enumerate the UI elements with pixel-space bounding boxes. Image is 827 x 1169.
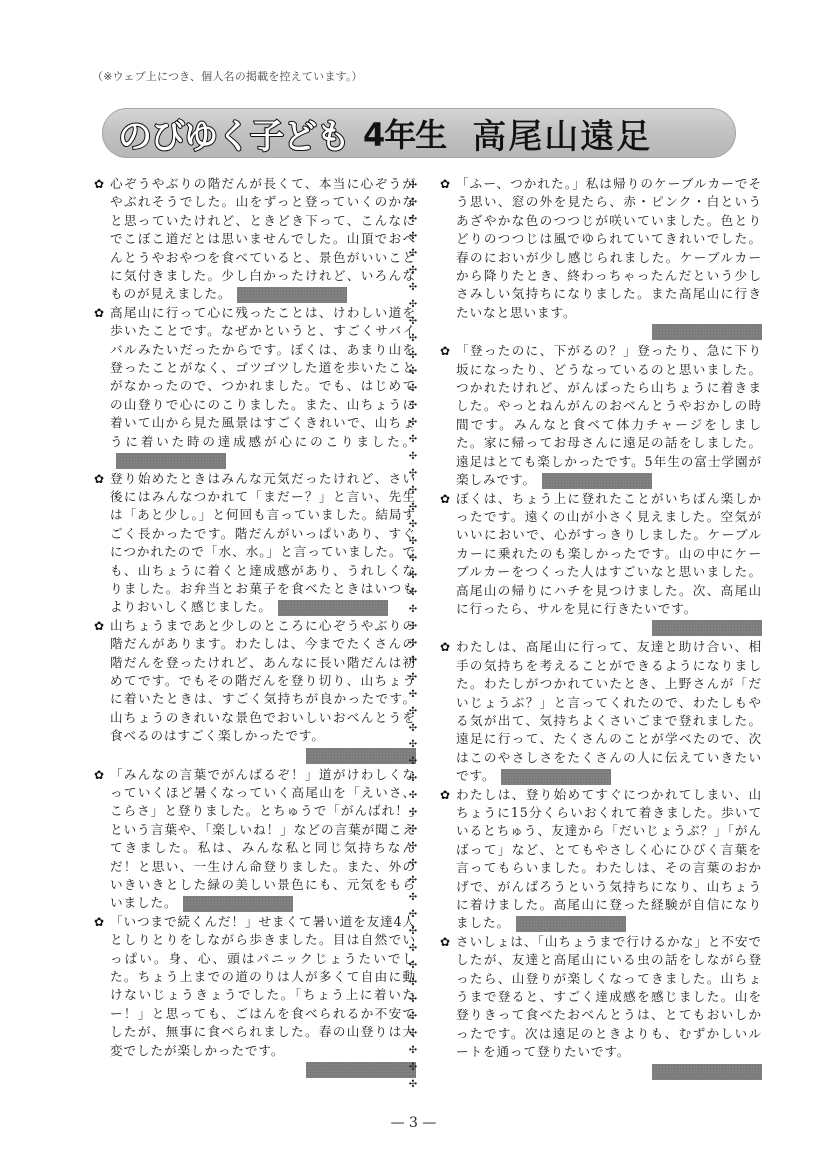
flower-bullet-icon: ✿ (94, 304, 105, 322)
divider-ornament-icon: ✣ (409, 381, 417, 398)
divider-ornament-icon: ✣ (409, 178, 417, 195)
essay-text: 「みんなの言葉でがんばるぞ！」道がけわしくなっていくほど暑くなっていく高尾山を「… (110, 767, 416, 911)
flower-bullet-icon: ✿ (440, 638, 451, 656)
divider-ornament-icon: ✣ (409, 534, 417, 551)
divider-ornament-icon: ✣ (409, 568, 417, 585)
essay-text: 心ぞうやぶりの階だんが長くて、本当に心ぞうがやぶれそうでした。山をずっと登ってい… (110, 176, 416, 301)
essay-entry: ✿心ぞうやぶりの階だんが長くて、本当に心ぞうがやぶれそうでした。山をずっと登って… (94, 175, 416, 304)
divider-ornament-icon: ✣ (409, 585, 417, 602)
redacted-author-name (237, 287, 347, 303)
redacted-author-name (516, 916, 626, 932)
flower-bullet-icon: ✿ (440, 786, 451, 804)
divider-ornament-icon: ✣ (409, 721, 417, 738)
divider-ornament-icon: ✣ (409, 737, 417, 754)
flower-bullet-icon: ✿ (94, 470, 105, 488)
flower-bullet-icon: ✿ (94, 913, 105, 931)
divider-ornament-icon: ✣ (409, 941, 417, 958)
essay-entry: ✿「登ったのに、下がるの？」登ったり、急に下り坂になったり、どうなっているのと思… (440, 342, 762, 489)
divider-ornament-icon: ✣ (409, 297, 417, 314)
flower-bullet-icon: ✿ (440, 933, 451, 951)
essay-text: さいしょは、「山ちょうまで行けるかな」と不安でしたが、友達と高尾山にいる虫の話を… (456, 934, 762, 1059)
divider-ornament-icon: ✣ (409, 975, 417, 992)
series-title: のびゆく子ども (118, 109, 349, 158)
divider-ornament-icon: ✣ (409, 822, 417, 839)
redacted-author-name (501, 769, 611, 785)
divider-ornament-icon: ✣ (409, 500, 417, 517)
divider-ornament-icon: ✣ (409, 890, 417, 907)
divider-ornament-icon: ✣ (409, 1043, 417, 1060)
divider-ornament-icon: ✣ (409, 1009, 417, 1026)
divider-ornament-icon: ✣ (409, 1060, 417, 1077)
redacted-author-name (116, 453, 226, 469)
essay-text: ぼくは、ちょう上に登れたことがいちばん楽しかったです。遠くの山が小さく見えました… (456, 491, 762, 616)
divider-ornament-icon: ✣ (409, 839, 417, 856)
essay-text: 「いつまで続くんだ！」せまくて暑い道を友達4人としりとりをしながら歩きました。目… (110, 914, 416, 1058)
essay-entry: ✿さいしょは、「山ちょうまで行けるかな」と不安でしたが、友達と高尾山にいる虫の話… (440, 933, 762, 1080)
divider-ornament-icon: ✣ (409, 687, 417, 704)
flower-bullet-icon: ✿ (440, 175, 451, 193)
divider-ornament-icon: ✣ (409, 670, 417, 687)
redacted-author-name (306, 1062, 416, 1078)
essay-text: 山ちょうまであと少しのところに心ぞうやぶりの階だんがあります。わたしは、今までた… (110, 618, 416, 743)
divider-ornament-icon: ✣ (409, 653, 417, 670)
right-column: ✿「ふー、つかれた。」私は帰りのケーブルカーでそう思い、窓の外を見たら、赤・ピン… (440, 175, 762, 1082)
essay-text: 「登ったのに、下がるの？」登ったり、急に下り坂になったり、どうなっているのと思い… (456, 343, 762, 487)
divider-ornament-icon: ✣ (409, 619, 417, 636)
essay-text: わたしは、登り始めてすぐにつかれてしまい、山ちょうに15分くらいおくれて着きまし… (456, 787, 762, 931)
essay-entry: ✿ぼくは、ちょう上に登れたことがいちばん楽しかったです。遠くの山が小さく見えまし… (440, 490, 762, 637)
essay-entry: ✿「みんなの言葉でがんばるぞ！」道がけわしくなっていくほど暑くなっていく高尾山を… (94, 766, 416, 913)
divider-ornament-icon: ✣ (409, 754, 417, 771)
divider-ornament-icon: ✣ (409, 263, 417, 280)
divider-ornament-icon: ✣ (409, 466, 417, 483)
divider-ornament-icon: ✣ (409, 432, 417, 449)
divider-ornament-icon: ✣ (409, 517, 417, 534)
divider-ornament-icon: ✣ (409, 1077, 417, 1094)
divider-ornament-icon: ✣ (409, 280, 417, 297)
event-title: 高尾山遠足 (472, 109, 652, 158)
privacy-notice: （※ウェブ上につき、個人名の掲載を控えています。） (92, 68, 363, 84)
divider-ornament-icon: ✣ (409, 958, 417, 975)
divider-ornament-icon: ✣ (409, 771, 417, 788)
grade-label: 4年生 (363, 110, 446, 156)
essay-text: わたしは、高尾山に行って、友達と助け合い、相手の気持ちを考えることができるように… (456, 639, 762, 783)
flower-bullet-icon: ✿ (440, 490, 451, 508)
divider-ornament-icon: ✣ (409, 907, 417, 924)
divider-ornament-icon: ✣ (409, 398, 417, 415)
essay-text: 登り始めたときはみんな元気だったけれど、さい後にはみんなつかれて「まだー？」と言… (110, 471, 416, 615)
divider-ornament-icon: ✣ (409, 873, 417, 890)
essay-entry: ✿高尾山に行って心に残ったことは、けわしい道を歩いたことです。なぜかというと、す… (94, 304, 416, 470)
divider-ornament-icon: ✣ (409, 636, 417, 653)
title-banner: のびゆく子ども 4年生 高尾山遠足 (102, 108, 736, 158)
divider-ornament-icon: ✣ (409, 246, 417, 263)
divider-ornament-icon: ✣ (409, 415, 417, 432)
divider-ornament-icon: ✣ (409, 805, 417, 822)
redacted-author-name (278, 600, 388, 616)
flower-bullet-icon: ✿ (440, 342, 451, 360)
divider-ornament-icon: ✣ (409, 551, 417, 568)
divider-ornament-icon: ✣ (409, 449, 417, 466)
divider-ornament-icon: ✣ (409, 788, 417, 805)
divider-ornament-icon: ✣ (409, 992, 417, 1009)
essay-text: 「ふー、つかれた。」私は帰りのケーブルカーでそう思い、窓の外を見たら、赤・ピンク… (456, 176, 762, 320)
divider-ornament-icon: ✣ (409, 195, 417, 212)
divider-ornament-icon: ✣ (409, 1026, 417, 1043)
page-number: — 3 — (0, 1115, 827, 1131)
divider-ornament-icon: ✣ (409, 364, 417, 381)
redacted-author-name (652, 1064, 762, 1080)
divider-ornament-icon: ✣ (409, 331, 417, 348)
divider-ornament-icon: ✣ (409, 856, 417, 873)
redacted-author-name (183, 896, 293, 912)
essay-entry: ✿わたしは、登り始めてすぐにつかれてしまい、山ちょうに15分くらいおくれて着きま… (440, 786, 762, 933)
essay-text: 高尾山に行って心に残ったことは、けわしい道を歩いたことです。なぜかというと、すご… (110, 305, 416, 449)
redacted-author-name (652, 620, 762, 636)
divider-ornament-icon: ✣ (409, 602, 417, 619)
essay-entry: ✿「いつまで続くんだ！」せまくて暑い道を友達4人としりとりをしながら歩きました。… (94, 913, 416, 1078)
redacted-author-name (542, 473, 652, 489)
divider-ornament-icon: ✣ (409, 483, 417, 500)
divider-ornament-icon: ✣ (409, 314, 417, 331)
essay-entry: ✿登り始めたときはみんな元気だったけれど、さい後にはみんなつかれて「まだー？」と… (94, 470, 416, 617)
divider-ornament-icon: ✣ (409, 212, 417, 229)
flower-bullet-icon: ✿ (94, 766, 105, 784)
divider-ornament-icon: ✣ (409, 704, 417, 721)
flower-bullet-icon: ✿ (94, 175, 105, 193)
left-column: ✿心ぞうやぶりの階だんが長くて、本当に心ぞうがやぶれそうでした。山をずっと登って… (94, 175, 416, 1080)
flower-bullet-icon: ✿ (94, 617, 105, 635)
divider-ornament-icon: ✣ (409, 229, 417, 246)
essay-entry: ✿山ちょうまであと少しのところに心ぞうやぶりの階だんがあります。わたしは、今まで… (94, 617, 416, 764)
essay-entry: ✿わたしは、高尾山に行って、友達と助け合い、相手の気持ちを考えることができるよう… (440, 638, 762, 785)
essay-entry: ✿「ふー、つかれた。」私は帰りのケーブルカーでそう思い、窓の外を見たら、赤・ピン… (440, 175, 762, 340)
redacted-author-name (652, 324, 762, 340)
divider-ornament-icon: ✣ (409, 924, 417, 941)
redacted-author-name (306, 748, 416, 764)
divider-ornament-icon: ✣ (409, 348, 417, 365)
column-divider: ✣✣✣✣✣✣✣✣✣✣✣✣✣✣✣✣✣✣✣✣✣✣✣✣✣✣✣✣✣✣✣✣✣✣✣✣✣✣✣✣… (406, 178, 420, 1093)
